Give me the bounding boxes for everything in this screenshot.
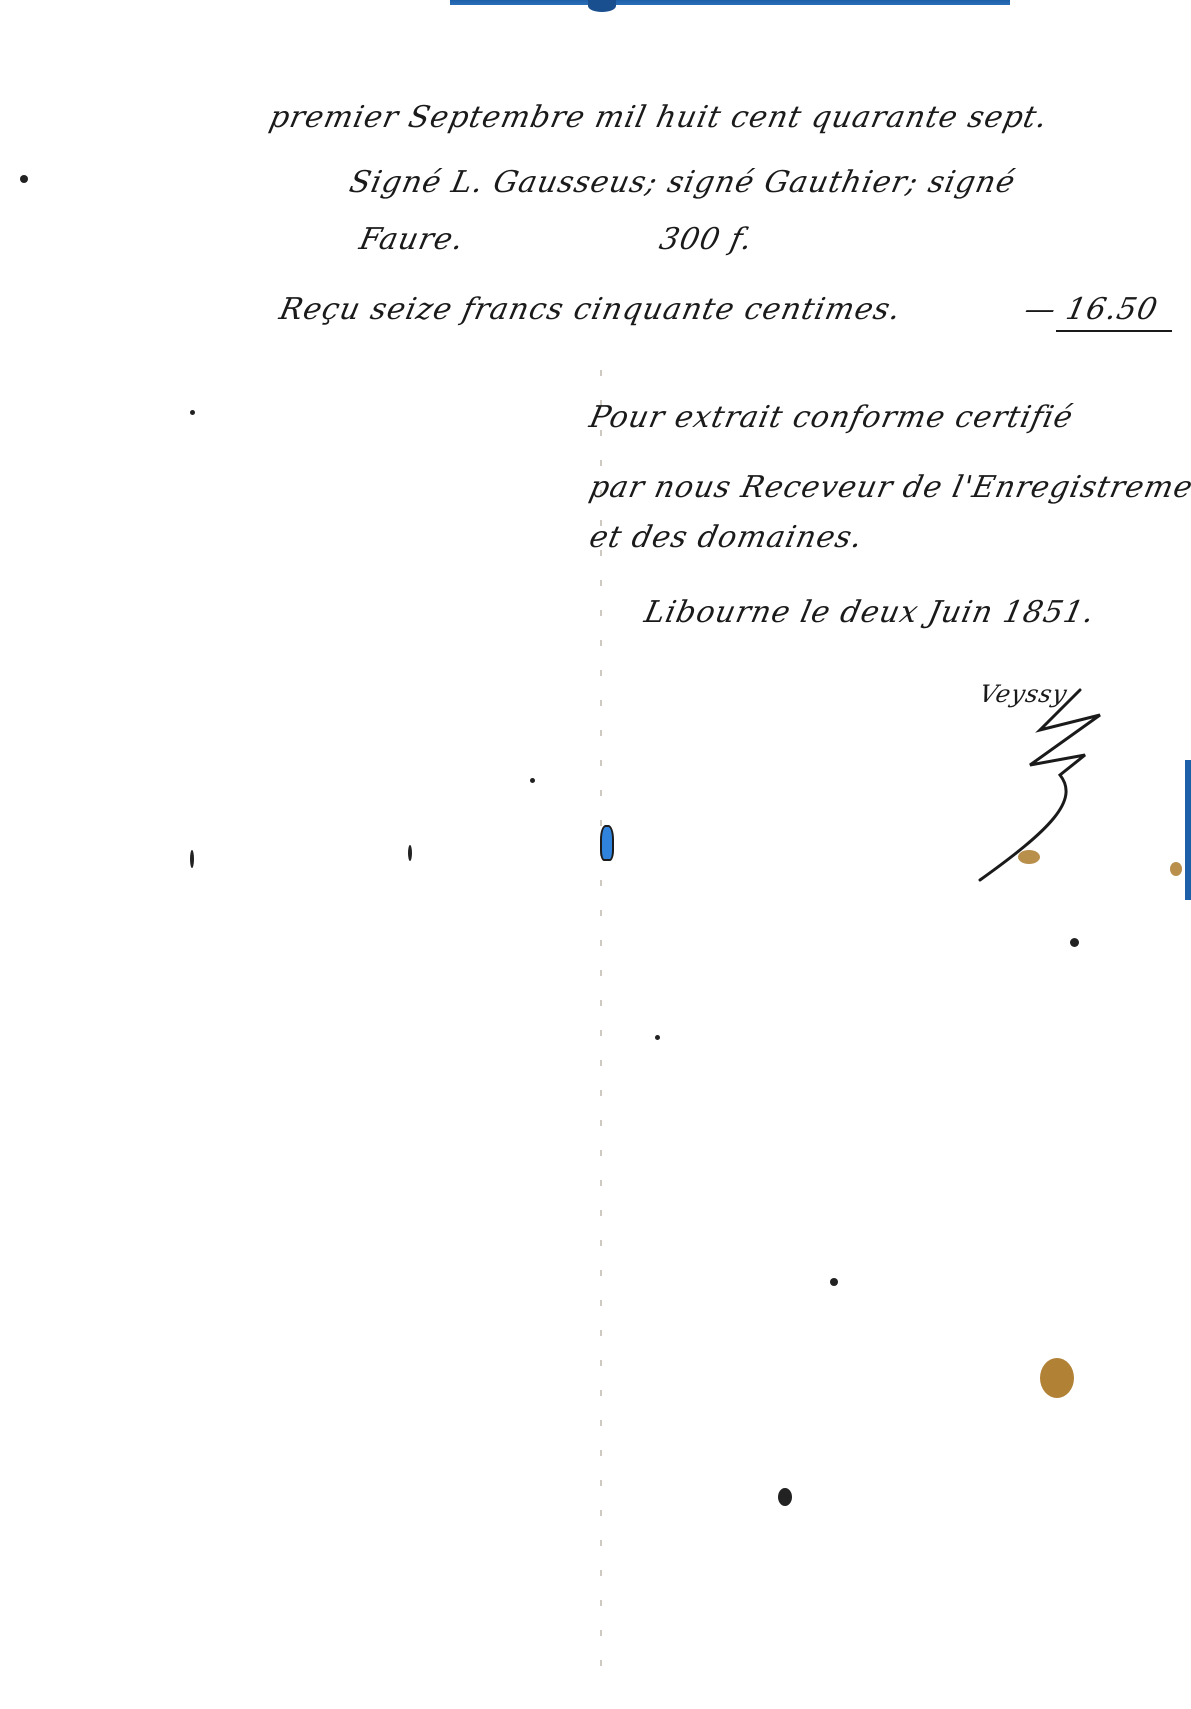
document-page: premier Septembre mil huit cent quarante… — [0, 0, 1191, 1709]
text-amount-300: 300 f. — [656, 222, 756, 257]
fold-crease — [600, 370, 602, 1670]
ink-speck — [190, 410, 195, 415]
text-certification-3: et des domaines. — [586, 520, 866, 555]
signature: Veyssy — [960, 680, 1160, 890]
blue-top-edge — [450, 0, 1010, 5]
text-line-signatures: Signé L. Gausseus; signé Gauthier; signé — [346, 165, 1018, 200]
text-place-date: Libourne le deux Juin 1851. — [641, 595, 1098, 630]
text-line-date: premier Septembre mil huit cent quarante… — [266, 100, 1051, 135]
ink-speck — [530, 778, 535, 783]
ink-speck — [190, 850, 194, 868]
text-receipt: Reçu seize francs cinquante centimes. — [276, 292, 904, 327]
text-receipt-amount: — 16.50 — [1021, 292, 1161, 327]
brown-stain — [1170, 862, 1182, 876]
signature-flourish-icon — [960, 680, 1160, 890]
blue-right-edge — [1185, 760, 1191, 900]
text-line-name: Faure. — [356, 222, 467, 257]
ink-speck — [20, 175, 28, 183]
blue-ink-blot — [600, 825, 614, 861]
ink-speck — [655, 1035, 660, 1040]
text-certification-1: Pour extrait conforme certifié — [586, 400, 1076, 435]
brown-stain — [1040, 1358, 1074, 1398]
ink-speck — [830, 1278, 838, 1286]
text-certification-2: par nous Receveur de l'Enregistrement — [586, 470, 1191, 505]
ink-speck — [778, 1488, 792, 1506]
signature-name: Veyssy — [977, 680, 1070, 708]
ink-drip — [588, 0, 616, 12]
amount-underline — [1056, 330, 1172, 332]
ink-speck — [408, 845, 412, 861]
ink-speck — [1070, 938, 1079, 947]
